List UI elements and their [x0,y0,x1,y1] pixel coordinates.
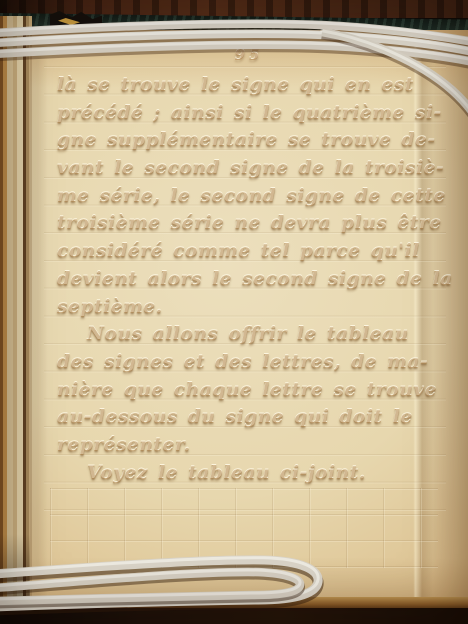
page-stack-edge [0,16,32,624]
text-line: Voyez le tableau ci-joint. [57,460,439,488]
text-line: septième. [57,294,439,322]
text-line: vant le second signe de la troisiè- [57,155,439,183]
text-line: troisième série ne devra plus être [57,210,439,238]
embossed-text-block: là se trouve le signe qui en est précédé… [57,72,439,487]
text-line: au-dessous du signe qui doit le [57,404,439,432]
text-line: nière que chaque lettre se trouve [57,377,439,405]
text-line: représenter. [57,432,439,460]
text-line: me série, le second signe de cette [57,183,439,211]
text-line: précédé ; ainsi si le quatrième si- [57,100,439,128]
text-line: devient alors le second signe de la [57,266,439,294]
bottom-binding-shadow [0,608,468,624]
page-number: 95 [214,46,284,64]
text-line: Nous allons offrir le tableau [57,321,439,349]
photograph-of-embossed-book-page: 95 là se trouve le signe qui en est préc… [0,0,468,624]
blank-emboss-blocks [50,488,438,568]
text-line: des signes et des lettres, de ma- [57,349,439,377]
text-line: considéré comme tel parce qu'il [57,238,439,266]
text-line: gne supplémentaire se trouve de- [57,127,439,155]
book-page: 95 là se trouve le signe qui en est préc… [30,30,468,610]
text-line: là se trouve le signe qui en est [57,72,439,100]
